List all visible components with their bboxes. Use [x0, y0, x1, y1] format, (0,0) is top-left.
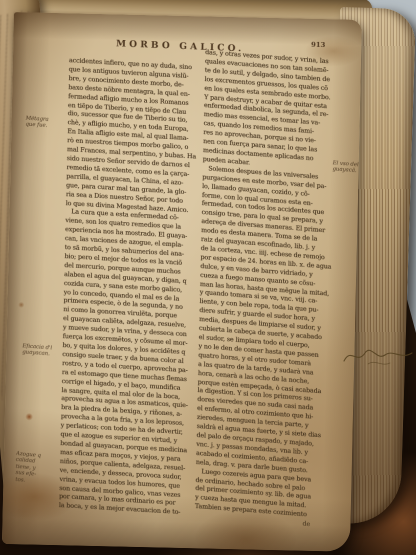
catchword: de — [302, 520, 310, 528]
margin-note-eficacia-guayacan: Eficacia d'lguayacan. — [22, 343, 62, 359]
margin-note-line: que fue. — [25, 122, 65, 131]
left-text-column: accidentes infiero, que no ay duda, sino… — [59, 57, 201, 519]
margin-note-mentagra: Mẽtagraque fue. — [25, 116, 65, 131]
antique-book-photo: MORBO GALICO. 913 accidentes infiero, qu… — [0, 0, 416, 555]
right-text-column: das, y otras vezes por sudor, y vrina, l… — [195, 49, 337, 522]
printed-area: MORBO GALICO. 913 accidentes infiero, qu… — [14, 36, 347, 537]
margin-note-uso-guayacan: El vso delguayacã. — [332, 160, 372, 176]
book-page: MORBO GALICO. 913 accidentes infiero, qu… — [2, 12, 362, 552]
page-number: 913 — [311, 41, 325, 49]
handwritten-ink-mark — [342, 334, 414, 376]
margin-note-azogue: Azogue qcalidadtiene, ysus efe-tos. — [15, 451, 56, 487]
